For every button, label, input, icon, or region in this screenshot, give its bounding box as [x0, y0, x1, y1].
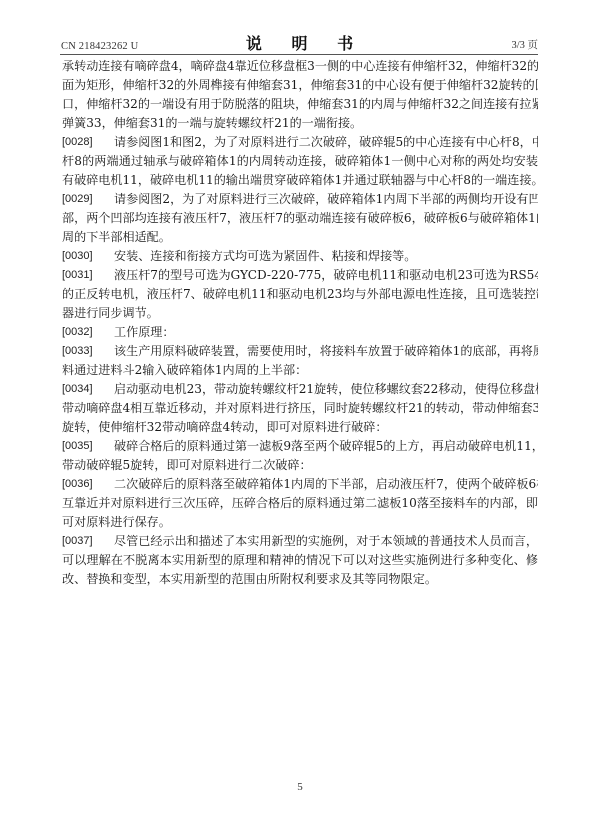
- text-line: 料通过进料斗2输入破碎箱体1内周的上半部：: [62, 361, 538, 380]
- text-line: 可以理解在不脱离本实用新型的原理和精神的情况下可以对这些实施例进行多种变化、修: [62, 551, 538, 570]
- paragraph-number: [0037]: [62, 532, 114, 551]
- text-line: 旋转，使伸缩杆32带动嘀碎盘4转动，即可对原料进行破碎：: [62, 418, 538, 437]
- text-line: 带动嘀碎盘4相互靠近移动，并对原料进行挤压，同时旋转螺纹杆21的转动，带动伸缩套…: [62, 399, 538, 418]
- paragraph-number: [0033]: [62, 342, 114, 361]
- header-divider: [60, 54, 538, 55]
- document-title: 说 明 书: [61, 31, 538, 54]
- text-line: 杆8的两端通过轴承与破碎箱体1的内周转动连接，破碎箱体1一侧中心对称的两处均安装: [62, 152, 538, 171]
- text-line: 启动驱动电机23，带动旋转螺纹杆21旋转，使位移螺纹套22移动，使得位移盘框3: [114, 380, 538, 399]
- text-line: 破碎合格后的原料通过第一滤板9落至两个破碎辊5的上方，再启动破碎电机11，: [114, 437, 538, 456]
- paragraph-0035: [0035]破碎合格后的原料通过第一滤板9落至两个破碎辊5的上方，再启动破碎电机…: [62, 437, 538, 475]
- text-line: 请参阅图1和图2，为了对原料进行二次破碎，破碎辊5的中心连接有中心杆8，中心: [114, 133, 538, 152]
- text-line: 请参阅图2，为了对原料进行三次破碎，破碎箱体1内周下半部的两侧均开设有凹: [114, 190, 538, 209]
- paragraph-number: [0031]: [62, 266, 114, 285]
- text-line: 二次破碎后的原料落至破碎箱体1内周的下半部，启动液压杆7，使两个破碎板6相: [114, 475, 538, 494]
- text-line: 的正反转电机，液压杆7、破碎电机11和驱动电机23均与外部电源电性连接，且可选装…: [62, 285, 538, 304]
- text-line: 工作原理：: [114, 323, 538, 342]
- paragraph-0029: [0029]请参阅图2，为了对原料进行三次破碎，破碎箱体1内周下半部的两侧均开设…: [62, 190, 538, 247]
- text-line: 有破碎电机11，破碎电机11的输出端贯穿破碎箱体1并通过联轴器与中心杆8的一端连…: [62, 171, 538, 190]
- paragraph-number: [0034]: [62, 380, 114, 399]
- text-line: 器进行同步调节。: [62, 304, 538, 323]
- paragraph-0037: [0037]尽管已经示出和描述了本实用新型的实施例，对于本领域的普通技术人员而言…: [62, 532, 538, 589]
- paragraph-0028: [0028]请参阅图1和图2，为了对原料进行二次破碎，破碎辊5的中心连接有中心杆…: [62, 133, 538, 190]
- text-line: 面为矩形，伸缩杆32的外周榫接有伸缩套31，伸缩套31的中心设有便于伸缩杆32旋…: [62, 76, 538, 95]
- text-line: 可对原料进行保存。: [62, 513, 538, 532]
- text-line: 尽管已经示出和描述了本实用新型的实施例，对于本领域的普通技术人员而言，: [114, 532, 538, 551]
- paragraph-0032: [0032]工作原理：: [62, 323, 538, 342]
- page-header: CN 218423262 U 说 明 书 3/3 页: [61, 33, 538, 54]
- paragraph-0033: [0033]该生产用原料破碎装置，需要使用时，将接料车放置于破碎箱体1的底部，再…: [62, 342, 538, 380]
- text-line: 弹簧33，伸缩套31的一端与旋转螺纹杆21的一端衔接。: [62, 114, 538, 133]
- paragraph-0031: [0031]液压杆7的型号可选为GYCD-220-775，破碎电机11和驱动电机…: [62, 266, 538, 323]
- paragraph-number: [0032]: [62, 323, 114, 342]
- paragraph-number: [0029]: [62, 190, 114, 209]
- text-line: 改、替换和变型，本实用新型的范围由所附权利要求及其等同物限定。: [62, 570, 538, 589]
- text-line: 承转动连接有嘀碎盘4，嘀碎盘4靠近位移盘框3一侧的中心连接有伸缩杆32，伸缩杆3…: [62, 57, 538, 76]
- text-line: 部，两个凹部均连接有液压杆7，液压杆7的驱动端连接有破碎板6，破碎板6与破碎箱体…: [62, 209, 538, 228]
- text-line: 周的下半部相适配。: [62, 228, 538, 247]
- paragraph-continuation: 承转动连接有嘀碎盘4，嘀碎盘4靠近位移盘框3一侧的中心连接有伸缩杆32，伸缩杆3…: [62, 57, 538, 133]
- paragraph-number: [0035]: [62, 437, 114, 456]
- text-line: 带动破碎辊5旋转，即可对原料进行二次破碎：: [62, 456, 538, 475]
- text-line: 该生产用原料破碎装置，需要使用时，将接料车放置于破碎箱体1的底部，再将原: [114, 342, 538, 361]
- paragraph-0036: [0036]二次破碎后的原料落至破碎箱体1内周的下半部，启动液压杆7，使两个破碎…: [62, 475, 538, 532]
- text-line: 口，伸缩杆32的一端设有用于防脱落的阻块，伸缩套31的内周与伸缩杆32之间连接有…: [62, 95, 538, 114]
- paragraph-0034: [0034]启动驱动电机23，带动旋转螺纹杆21旋转，使位移螺纹套22移动，使得…: [62, 380, 538, 437]
- text-line: 互靠近并对原料进行三次压碎，压碎合格后的原料通过第二滤板10落至接料车的内部，即: [62, 494, 538, 513]
- paragraph-number: [0028]: [62, 133, 114, 152]
- text-line: 安装、连接和衔接方式均可选为紧固件、粘接和焊接等。: [114, 247, 538, 266]
- paragraph-number: [0036]: [62, 475, 114, 494]
- paragraph-number: [0030]: [62, 247, 114, 266]
- page-indicator: 3/3 页: [511, 37, 538, 52]
- paragraph-0030: [0030]安装、连接和衔接方式均可选为紧固件、粘接和焊接等。: [62, 247, 538, 266]
- text-line: 液压杆7的型号可选为GYCD-220-775，破碎电机11和驱动电机23可选为R…: [114, 266, 538, 285]
- document-body: 承转动连接有嘀碎盘4，嘀碎盘4靠近位移盘框3一侧的中心连接有伸缩杆32，伸缩杆3…: [62, 57, 538, 589]
- page-number: 5: [0, 781, 600, 793]
